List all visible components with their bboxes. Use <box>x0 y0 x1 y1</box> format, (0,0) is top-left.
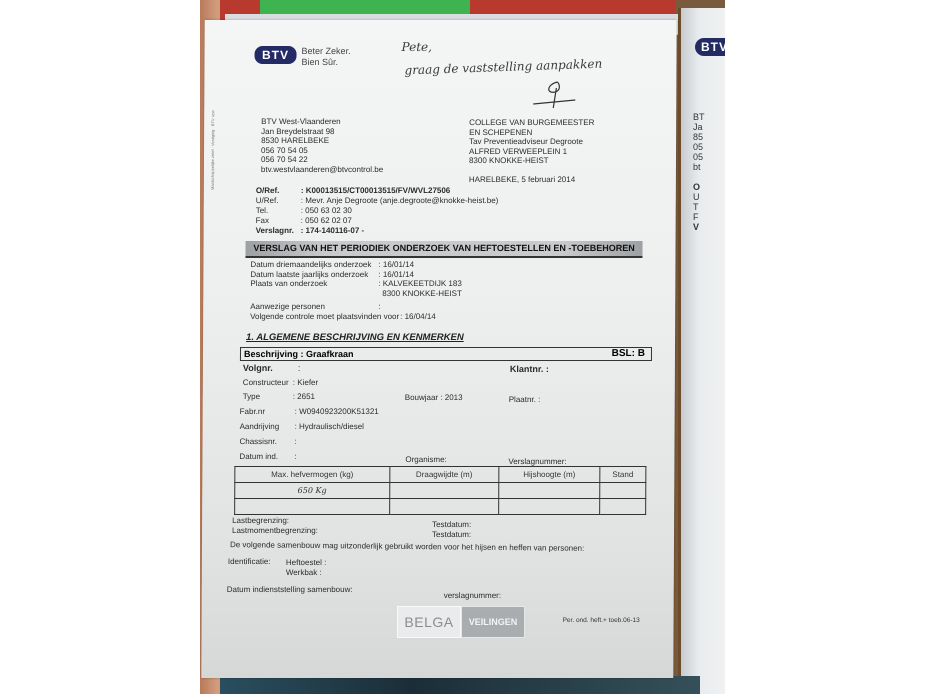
testdatum-label: Testdatum: <box>432 520 471 530</box>
column-header: Max. hefvermogen (kg) <box>235 467 390 483</box>
datum-indienststelling-label: Datum indienststelling samenbouw: <box>227 585 353 595</box>
adjacent-fragment: 85 <box>693 132 703 142</box>
belga-veilingen-watermark: BELGA VEILINGEN <box>397 606 525 638</box>
werkbak-label: Werkbak : <box>286 568 322 578</box>
volgnr-label: Volgnr. <box>243 363 273 374</box>
table-cell <box>389 499 498 515</box>
ref-label: O/Ref. <box>256 186 301 196</box>
datum-ind-label: Datum ind. <box>239 452 278 462</box>
table-cell <box>498 499 599 515</box>
sender-name: BTV West-Vlaanderen <box>261 117 383 127</box>
signature-icon <box>529 78 579 110</box>
constructeur-label: Constructeur <box>243 378 289 388</box>
column-header: Stand <box>600 467 646 483</box>
adjacent-fragment: 05 <box>693 152 703 162</box>
adjacent-btv-logo: BTV <box>695 38 725 56</box>
table-header-row: Max. hefvermogen (kg) Draagwijdte (m) Hi… <box>235 467 646 483</box>
section-title: 1. ALGEMENE BESCHRIJVING EN KENMERKEN <box>246 332 464 343</box>
adjacent-fragment: Ja <box>693 122 703 132</box>
tagline-line-2: Bien Sûr. <box>301 57 350 68</box>
watermark-veilingen: VEILINGEN <box>461 606 525 638</box>
ref-value: : Mevr. Anje Degroote (anje.degroote@kno… <box>301 196 499 205</box>
ref-label: Fax <box>256 216 301 226</box>
table-row <box>235 499 646 515</box>
recipient-address: COLLEGE VAN BURGEMEESTER EN SCHEPENEN Ta… <box>469 118 594 166</box>
yearly-value: : 16/01/14 <box>378 270 414 279</box>
adjacent-fragment: V <box>693 222 699 232</box>
persons-note: De volgende samenbouw mag uitzonderlijk … <box>230 540 584 553</box>
lastbegrenzing-label: Lastbegrenzing: <box>232 516 289 526</box>
present-label: Aanwezige personen <box>250 302 378 312</box>
form-code: Per. ond. heft.+ toeb.06-13 <box>563 617 640 624</box>
description-value: Beschrijving : Graafkraan <box>244 348 354 360</box>
place-city: 8300 KNOKKE-HEIST <box>382 289 462 298</box>
verslagnummer-label-2: verslagnummer: <box>444 591 501 601</box>
column-header: Draagwijdte (m) <box>390 467 499 483</box>
next-check-label: Volgende controle moet plaatsvinden voor <box>250 312 400 322</box>
fabr-label: Fabr.nr <box>240 407 265 417</box>
klantnr-label: Klantnr. : <box>510 364 549 375</box>
table-cell <box>390 483 499 499</box>
testdatum-label: Testdatum: <box>432 530 471 540</box>
table-row: 650 Kg <box>235 483 646 499</box>
table-cell <box>499 483 600 499</box>
recipient-line-2: EN SCHEPENEN <box>469 128 594 138</box>
yearly-label: Datum laatste jaarlijks onderzoek <box>250 270 378 280</box>
fabr-value: : W0940923200K51321 <box>295 407 379 417</box>
adjacent-fragment: U <box>693 192 700 202</box>
recipient-line-4: ALFRED VERWEEPLEIN 1 <box>469 147 594 157</box>
sender-phone-2: 056 70 54 22 <box>261 155 383 165</box>
description-box: Beschrijving : Graafkraan BSL: B <box>240 347 652 361</box>
ref-value: : K00013515/CT00013515/FV/WVL27506 <box>301 186 450 195</box>
chassis-label: Chassisnr. <box>239 437 276 447</box>
sender-city: 8530 HARELBEKE <box>261 136 383 146</box>
inspection-details: Datum driemaandelijks onderzoek: 16/01/1… <box>250 260 462 321</box>
aandrijving-value: : Hydraulisch/diesel <box>295 422 364 432</box>
report-sheet: Maatschappelijke zetel · Vestiging · BTV… <box>201 20 676 678</box>
type-value: : 2651 <box>293 392 315 402</box>
bouwjaar: Bouwjaar : 2013 <box>405 393 463 403</box>
aandrijving-label: Aandrijving <box>240 422 280 432</box>
plaatnr-label: Plaatnr. : <box>509 395 541 405</box>
type-label: Type <box>243 392 260 402</box>
place-label: Plaats van onderzoek <box>250 279 378 289</box>
ref-value: : 174-140116-07 - <box>301 226 365 235</box>
adjacent-fragment: BT <box>693 112 705 122</box>
report-title: VERSLAG VAN HET PERIODIEK ONDERZOEK VAN … <box>245 241 642 258</box>
identificatie-label: Identificatie: <box>228 557 271 567</box>
table-cell: 650 Kg <box>235 483 390 499</box>
letter-date: HARELBEKE, 5 februari 2014 <box>469 175 575 185</box>
column-header: Hijshoogte (m) <box>499 467 600 483</box>
next-check-value: : 16/04/14 <box>400 312 436 321</box>
table-cell <box>600 499 646 515</box>
sender-email: btv.westvlaanderen@btvcontrol.be <box>261 165 383 175</box>
ref-value: : 050 62 02 07 <box>301 216 352 225</box>
adjacent-fragment: O <box>693 182 700 192</box>
handwritten-greeting: Pete, <box>402 40 432 54</box>
sender-address: BTV West-Vlaanderen Jan Breydelstraat 98… <box>261 117 384 174</box>
tagline-line-1: Beter Zeker. <box>302 46 351 57</box>
references-block: O/Ref.: K00013515/CT00013515/FV/WVL27506… <box>256 186 499 236</box>
watermark-belga: BELGA <box>397 606 461 638</box>
adjacent-fragment: F <box>693 212 699 222</box>
btv-logo: BTV <box>254 46 296 64</box>
volgnr-value: : <box>298 363 301 374</box>
background-floor <box>220 676 700 694</box>
organisme-label: Organisme: <box>405 455 446 465</box>
adjacent-fragment: 05 <box>693 142 703 152</box>
table-cell <box>235 499 390 515</box>
side-print-text: Maatschappelijke zetel · Vestiging · BTV… <box>210 110 215 190</box>
recipient-line-5: 8300 KNOKKE-HEIST <box>469 156 594 166</box>
lastmomentbegrenzing-label: Lastmomentbegrenzing: <box>232 526 318 536</box>
ref-label: U/Ref. <box>256 196 301 206</box>
recipient-line-1: COLLEGE VAN BURGEMEESTER <box>469 118 594 128</box>
recipient-line-3: Tav Preventieadviseur Degroote <box>469 137 594 147</box>
datum-ind-value: : <box>294 452 296 462</box>
place-value: : KALVEKEETDIJK 183 <box>378 279 462 288</box>
sender-phone-1: 056 70 54 05 <box>261 146 383 156</box>
table-cell <box>600 483 646 499</box>
quarterly-value: : 16/01/14 <box>378 260 414 269</box>
present-value: : <box>378 302 380 311</box>
ref-value: : 050 63 02 30 <box>301 206 352 215</box>
logo-tagline: Beter Zeker. Bien Sûr. <box>301 46 350 68</box>
ref-label: Verslagnr. <box>256 226 301 236</box>
sender-street: Jan Breydelstraat 98 <box>261 127 383 137</box>
heftoestel-label: Heftoestel : <box>286 558 327 568</box>
document-photo: BTV BT Ja 85 05 05 bt O U T F V Maatscha… <box>200 0 725 694</box>
capacity-table: Max. hefvermogen (kg) Draagwijdte (m) Hi… <box>234 466 646 515</box>
quarterly-label: Datum driemaandelijks onderzoek <box>250 260 378 270</box>
chassis-value: : <box>294 437 296 447</box>
ref-label: Tel. <box>256 206 301 216</box>
bsl-class: BSL: B <box>612 348 645 360</box>
adjacent-fragment: bt <box>693 162 701 172</box>
handwritten-note: graag de vaststelling aanpakken <box>404 57 602 78</box>
constructeur-value: : Kiefer <box>293 378 318 388</box>
adjacent-page: BTV BT Ja 85 05 05 bt O U T F V <box>678 8 725 694</box>
adjacent-fragment: T <box>693 202 699 212</box>
green-tab <box>260 0 470 14</box>
